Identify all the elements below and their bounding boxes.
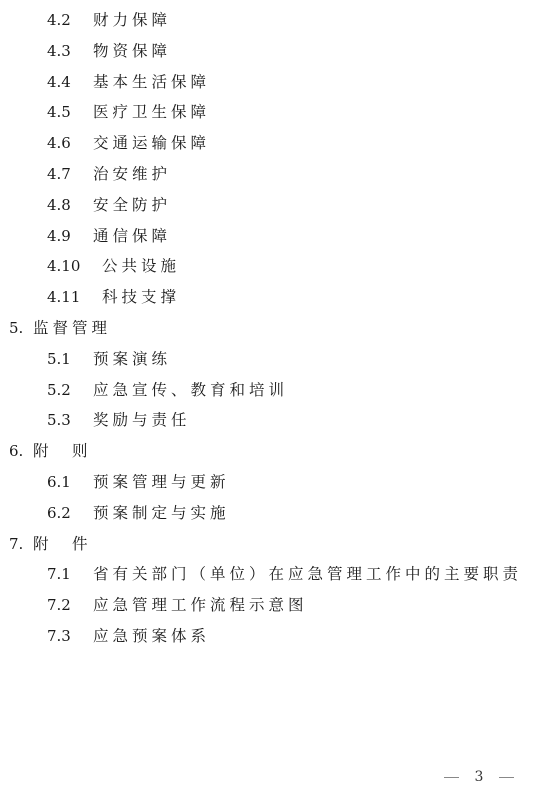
toc-entry-4-8: 4.8 安全防护 (0, 190, 537, 221)
toc-entry-title: 科技支撑 (102, 282, 180, 313)
toc-entry-4-6: 4.6 交通运输保障 (0, 128, 537, 159)
toc-entry-number: 4.7 (47, 159, 71, 190)
toc-entry-title: 基本生活保障 (93, 67, 210, 98)
toc-entry-4-9: 4.9 通信保障 (0, 221, 537, 252)
toc-entry-title: 奖励与责任 (93, 405, 191, 436)
toc-entry-title: 公共设施 (102, 251, 180, 282)
toc-entry-number: 5.2 (47, 375, 71, 406)
toc-entry-title: 应急预案体系 (93, 621, 210, 652)
toc-heading-number: 6. (9, 436, 23, 467)
toc-entry-number: 4.6 (47, 128, 71, 159)
toc-heading-title: 附 件 (33, 529, 92, 560)
toc-entry-number: 5.3 (47, 405, 71, 436)
toc-entry-number: 4.2 (47, 5, 71, 36)
toc-entry-number: 7.2 (47, 590, 71, 621)
toc-entry-title: 预案演练 (93, 344, 171, 375)
dash-left (444, 777, 459, 778)
toc-entry-title: 省有关部门（单位）在应急管理工作中的主要职责 (93, 559, 522, 590)
toc-entry-title: 预案管理与更新 (93, 467, 230, 498)
toc-heading-number: 7. (9, 529, 23, 560)
toc-entry-6-2: 6.2 预案制定与实施 (0, 498, 537, 529)
toc-entry-number: 4.3 (47, 36, 71, 67)
toc-entry-number: 6.1 (47, 467, 71, 498)
toc-entry-number: 6.2 (47, 498, 71, 529)
toc-entry-title: 治安维护 (93, 159, 171, 190)
table-of-contents: 4.2 财力保障 4.3 物资保障 4.4 基本生活保障 4.5 医疗卫生保障 … (0, 5, 537, 652)
toc-entry-6-1: 6.1 预案管理与更新 (0, 467, 537, 498)
toc-entry-number: 4.5 (47, 97, 71, 128)
toc-entry-4-7: 4.7 治安维护 (0, 159, 537, 190)
toc-entry-title: 安全防护 (93, 190, 171, 221)
toc-entry-number: 7.1 (47, 559, 71, 590)
toc-entry-number: 4.4 (47, 67, 71, 98)
toc-entry-4-2: 4.2 财力保障 (0, 5, 537, 36)
toc-heading-title: 监督管理 (33, 313, 111, 344)
toc-entry-7-1: 7.1 省有关部门（单位）在应急管理工作中的主要职责 (0, 559, 537, 590)
toc-heading-7: 7. 附 件 (0, 529, 537, 560)
toc-entry-title: 物资保障 (93, 36, 171, 67)
toc-entry-5-1: 5.1 预案演练 (0, 344, 537, 375)
dash-right (499, 777, 514, 778)
toc-entry-number: 7.3 (47, 621, 71, 652)
toc-entry-number: 4.8 (47, 190, 71, 221)
toc-entry-7-2: 7.2 应急管理工作流程示意图 (0, 590, 537, 621)
toc-entry-title: 通信保障 (93, 221, 171, 252)
toc-entry-4-3: 4.3 物资保障 (0, 36, 537, 67)
toc-entry-number: 5.1 (47, 344, 71, 375)
toc-heading-6: 6. 附 则 (0, 436, 537, 467)
toc-entry-title: 应急宣传、教育和培训 (93, 375, 288, 406)
toc-entry-4-11: 4.11 科技支撑 (0, 282, 537, 313)
toc-heading-number: 5. (9, 313, 23, 344)
page-number-footer: 3 (444, 767, 514, 787)
toc-entry-title: 交通运输保障 (93, 128, 210, 159)
toc-heading-5: 5. 监督管理 (0, 313, 537, 344)
toc-entry-title: 医疗卫生保障 (93, 97, 210, 128)
toc-entry-number: 4.10 (47, 251, 80, 282)
toc-entry-5-3: 5.3 奖励与责任 (0, 405, 537, 436)
page-number: 3 (475, 769, 484, 785)
toc-entry-title: 财力保障 (93, 5, 171, 36)
toc-entry-4-10: 4.10 公共设施 (0, 251, 537, 282)
toc-entry-4-5: 4.5 医疗卫生保障 (0, 97, 537, 128)
toc-entry-5-2: 5.2 应急宣传、教育和培训 (0, 375, 537, 406)
toc-entry-title: 应急管理工作流程示意图 (93, 590, 308, 621)
toc-entry-number: 4.9 (47, 221, 71, 252)
toc-entry-number: 4.11 (47, 282, 80, 313)
toc-heading-title: 附 则 (33, 436, 92, 467)
toc-entry-title: 预案制定与实施 (93, 498, 230, 529)
toc-entry-7-3: 7.3 应急预案体系 (0, 621, 537, 652)
toc-entry-4-4: 4.4 基本生活保障 (0, 67, 537, 98)
